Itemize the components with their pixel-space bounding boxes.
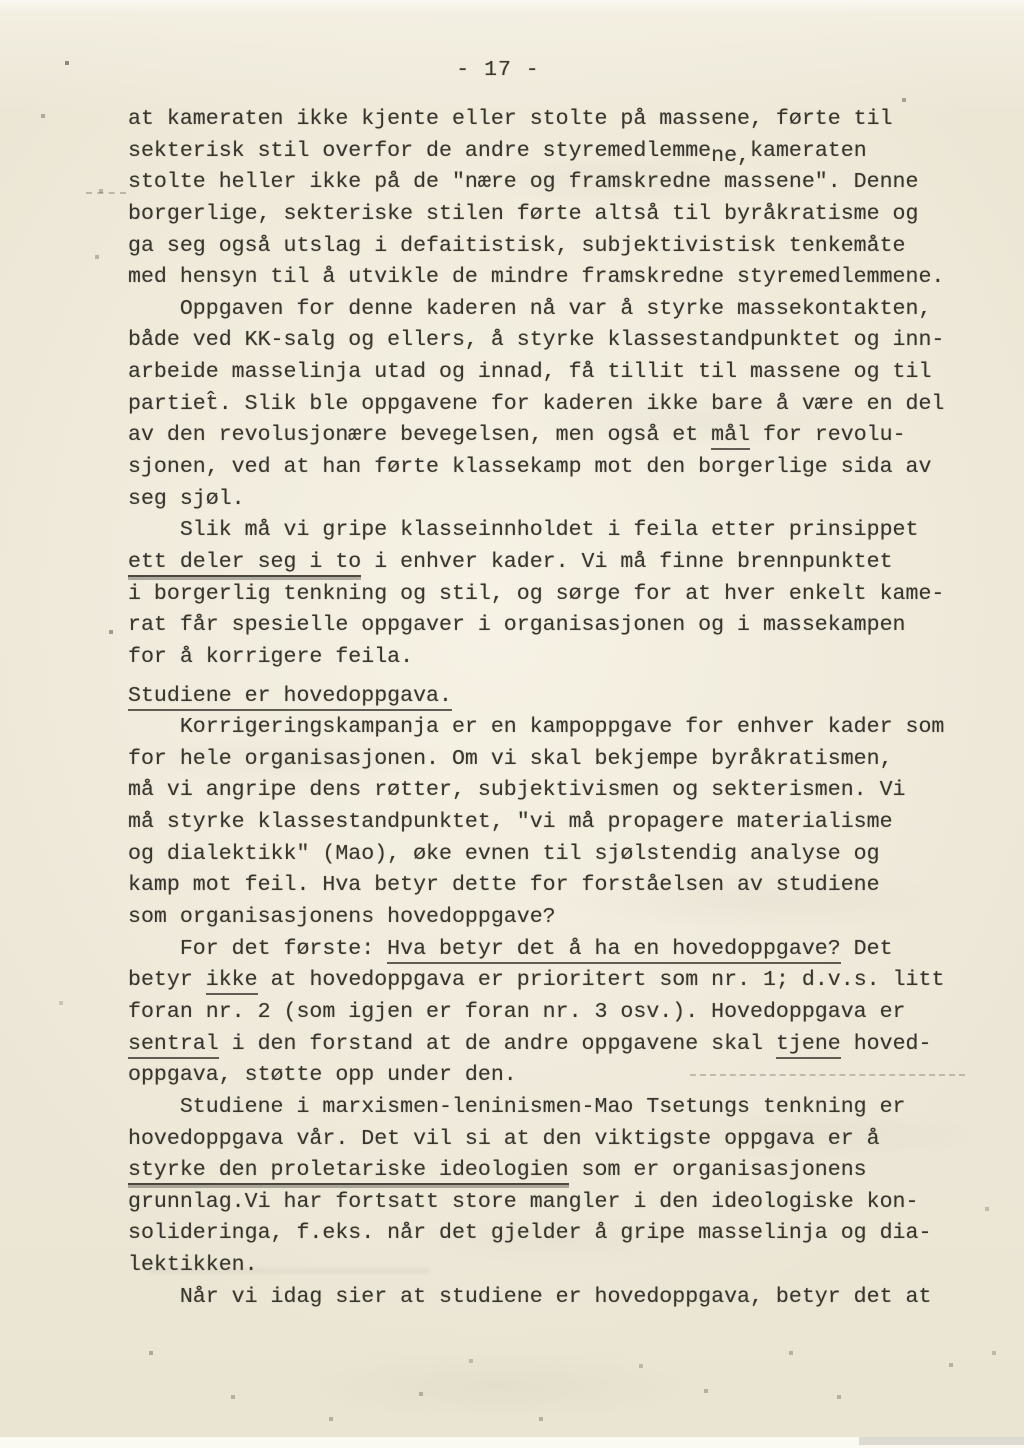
- text-segment: som organisasjonens hovedoppgave?: [128, 905, 556, 929]
- text-line: av den revolusjonære bevegelsen, men ogs…: [128, 420, 998, 452]
- text-block: at kameraten ikke kjente eller stolte på…: [128, 104, 998, 1313]
- scanned-document-page: - 17 - at kameraten ikke kjente eller st…: [0, 0, 1024, 1448]
- text-segment: av den revolusjonære bevegelsen, men ogs…: [128, 423, 711, 447]
- text-line: som organisasjonens hovedoppgave?: [128, 902, 998, 934]
- text-line: styrke den proletariske ideologien som e…: [128, 1155, 998, 1187]
- text-segment: med hensyn til å utvikle de mindre frams…: [128, 265, 944, 289]
- text-line: ga seg også utslag i defaitistisk, subje…: [128, 231, 998, 263]
- text-segment: for hele organisasjonen. Om vi skal bekj…: [128, 747, 893, 771]
- text-segment: både ved KK-salg og ellers, å styrke kla…: [128, 328, 944, 352]
- text-line: ett deler seg i to i enhver kader. Vi må…: [128, 547, 998, 579]
- text-segment: oppgava, støtte opp under den.: [128, 1063, 517, 1087]
- text-line: Korrigeringskampanja er en kampoppgave f…: [128, 712, 998, 744]
- text-line: solideringa, f.eks. når det gjelder å gr…: [128, 1218, 998, 1250]
- text-line: oppgava, støtte opp under den.: [128, 1060, 998, 1092]
- text-line: For det første: Hva betyr det å ha en ho…: [128, 934, 998, 966]
- text-line: sekterisk stil overfor de andre styremed…: [128, 136, 998, 168]
- text-segment: sekterisk stil overfor de andre styremed…: [128, 139, 711, 163]
- text-segment: hoved-: [841, 1032, 932, 1056]
- text-line: grunnlag.Vi har fortsatt store mangler i…: [128, 1187, 998, 1219]
- text-line: foran nr. 2 (som igjen er foran nr. 3 os…: [128, 997, 998, 1029]
- text-segment: og dialektikk" (Mao), øke evnen til sjøl…: [128, 842, 880, 866]
- text-line: sentral i den forstand at de andre oppga…: [128, 1029, 998, 1061]
- text-line: Når vi idag sier at studiene er hovedopp…: [128, 1282, 998, 1314]
- text-segment: som er organisasjonens: [569, 1158, 867, 1182]
- text-segment: for revolu-: [750, 423, 906, 447]
- text-line: for hele organisasjonen. Om vi skal bekj…: [128, 744, 998, 776]
- text-segment: Korrigeringskampanja er en kampoppgave f…: [180, 715, 945, 739]
- text-line: og dialektikk" (Mao), øke evnen til sjøl…: [128, 839, 998, 871]
- scan-edge-corner: [859, 1437, 1024, 1445]
- text-segment: at hovedoppgava er prioritert som nr. 1;…: [258, 968, 945, 992]
- text-line: Oppgaven for denne kaderen nå var å styr…: [128, 294, 998, 326]
- text-segment: borgerlige, sekteriske stilen førte alts…: [128, 202, 918, 226]
- text-line: i borgerlig tenkning og stil, og sørge f…: [128, 579, 998, 611]
- text-segment: foran nr. 2 (som igjen er foran nr. 3 os…: [128, 1000, 906, 1024]
- text-line: lektikken.: [128, 1250, 998, 1282]
- underlined-text: mål: [711, 423, 750, 450]
- text-line: kamp mot feil. Hva betyr dette for forst…: [128, 870, 998, 902]
- faint-dash-trail: [690, 1074, 965, 1076]
- text-segment: for å korrigere feila.: [128, 645, 413, 669]
- text-segment: Det: [841, 937, 893, 961]
- text-line: må vi angripe dens røtter, subjektivisme…: [128, 775, 998, 807]
- text-segment: seg sjøl.: [128, 487, 245, 511]
- text-segment: hovedoppgava vår. Det vil si at den vikt…: [128, 1127, 880, 1151]
- text-line: med hensyn til å utvikle de mindre frams…: [128, 262, 998, 294]
- text-segment: Oppgaven for denne kaderen nå var å styr…: [180, 297, 932, 321]
- text-line: seg sjøl.: [128, 484, 998, 516]
- text-line: arbeide masselinja utad og innad, få til…: [128, 357, 998, 389]
- text-segment: partiet̂. Slik ble oppgavene for kaderen…: [128, 392, 944, 416]
- text-line: stolte heller ikke på de "nære og framsk…: [128, 167, 998, 199]
- text-segment: ga seg også utslag i defaitistisk, subje…: [128, 234, 906, 258]
- text-segment: rat får spesielle oppgaver i organisasjo…: [128, 613, 906, 637]
- text-line: borgerlige, sekteriske stilen førte alts…: [128, 199, 998, 231]
- underlined-text: ikke: [206, 968, 258, 995]
- text-segment: grunnlag.Vi har fortsatt store mangler i…: [128, 1190, 918, 1214]
- text-segment: arbeide masselinja utad og innad, få til…: [128, 360, 931, 384]
- bleedthrough-smudge: [150, 1268, 430, 1274]
- scan-edge-top: [0, 0, 1024, 14]
- text-segment: For det første:: [180, 937, 387, 961]
- page-number: - 17 -: [0, 58, 1010, 82]
- text-segment: i borgerlig tenkning og stil, og sørge f…: [128, 582, 944, 606]
- text-segment: i den forstand at de andre oppgavene ska…: [219, 1032, 776, 1056]
- text-segment: i enhver kader. Vi må finne brennpunktet: [361, 550, 892, 574]
- underlined-text: tjene: [776, 1032, 841, 1059]
- text-segment: stolte heller ikke på de "nære og framsk…: [128, 170, 918, 194]
- text-line: at kameraten ikke kjente eller stolte på…: [128, 104, 998, 136]
- section-heading: Studiene er hovedoppgava.: [128, 681, 998, 713]
- text-segment: Når vi idag sier at studiene er hovedopp…: [180, 1285, 932, 1309]
- text-line: for å korrigere feila.: [128, 642, 998, 674]
- margin-mark: [86, 192, 126, 194]
- underlined-text: Studiene er hovedoppgava.: [128, 684, 452, 711]
- text-segment: Studiene i marxismen-leninismen-Mao Tset…: [180, 1095, 906, 1119]
- text-line: Slik må vi gripe klasseinnholdet i feila…: [128, 515, 998, 547]
- dropped-characters: ne,: [711, 144, 750, 168]
- text-line: må styrke klassestandpunktet, "vi må pro…: [128, 807, 998, 839]
- text-line: både ved KK-salg og ellers, å styrke kla…: [128, 325, 998, 357]
- text-segment: at kameraten ikke kjente eller stolte på…: [128, 107, 893, 131]
- underlined-text: ett deler seg i to: [128, 550, 361, 577]
- text-line: betyr ikke at hovedoppgava er prioritert…: [128, 965, 998, 997]
- underlined-text: sentral: [128, 1032, 219, 1059]
- text-segment: kamp mot feil. Hva betyr dette for forst…: [128, 873, 880, 897]
- underlined-text: Hva betyr det å ha en hovedoppgave?: [387, 937, 841, 964]
- text-segment: solideringa, f.eks. når det gjelder å gr…: [128, 1221, 931, 1245]
- text-segment: må styrke klassestandpunktet, "vi må pro…: [128, 810, 893, 834]
- text-segment: kameraten: [750, 139, 867, 163]
- text-segment: sjonen, ved at han førte klassekamp mot …: [128, 455, 931, 479]
- text-line: hovedoppgava vår. Det vil si at den vikt…: [128, 1124, 998, 1156]
- text-segment: Slik må vi gripe klasseinnholdet i feila…: [180, 518, 919, 542]
- underlined-text: styrke den proletariske ideologien: [128, 1158, 569, 1185]
- text-line: rat får spesielle oppgaver i organisasjo…: [128, 610, 998, 642]
- text-line: Studiene i marxismen-leninismen-Mao Tset…: [128, 1092, 998, 1124]
- text-segment: betyr: [128, 968, 206, 992]
- text-line: sjonen, ved at han førte klassekamp mot …: [128, 452, 998, 484]
- text-segment: må vi angripe dens røtter, subjektivisme…: [128, 778, 906, 802]
- text-line: partiet̂. Slik ble oppgavene for kaderen…: [128, 389, 998, 421]
